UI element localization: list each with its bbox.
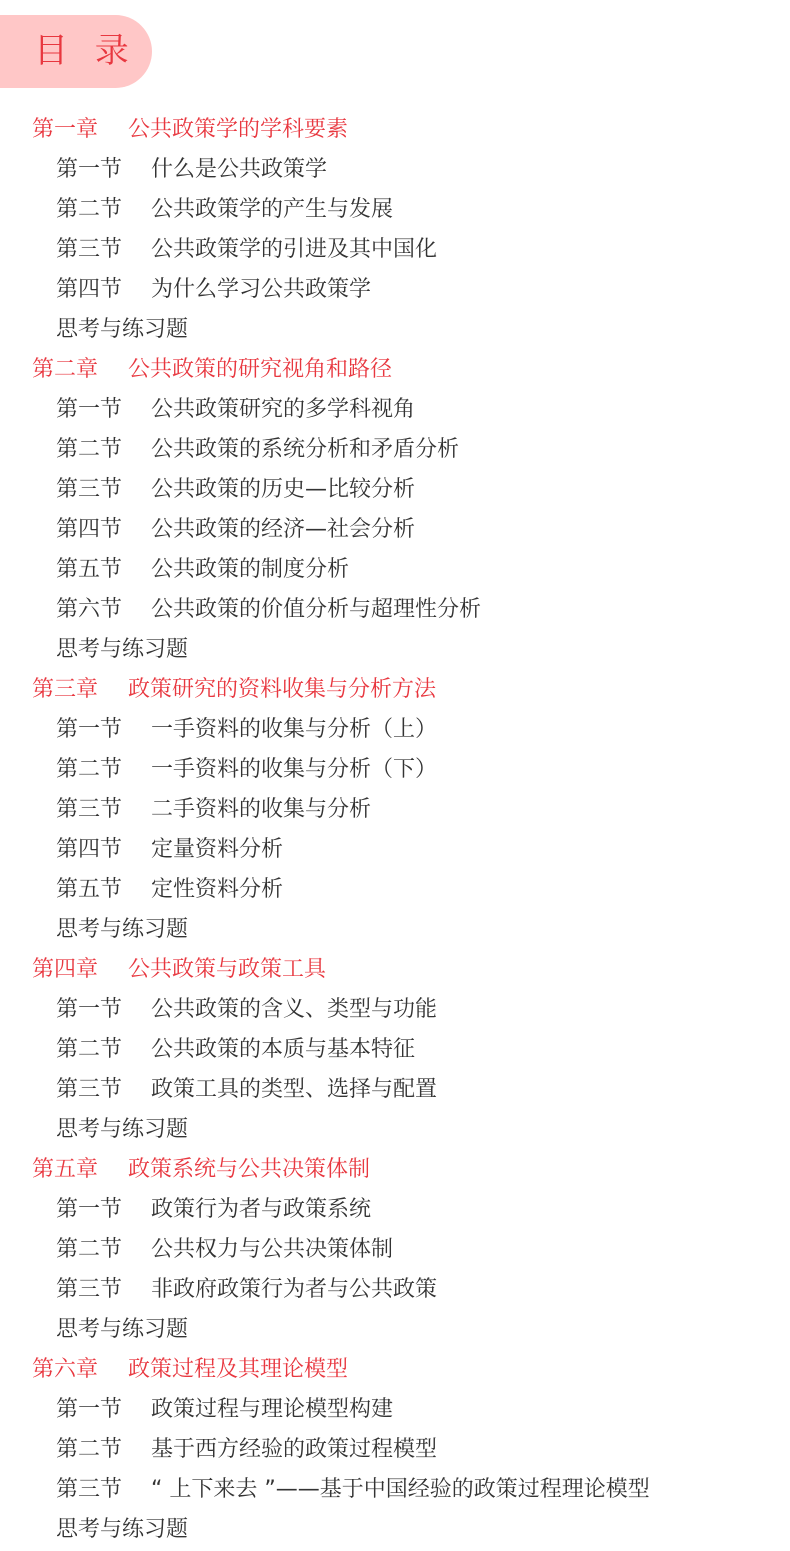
section-number: 第一节 <box>56 390 151 430</box>
toc-exercises[interactable]: 思考与练习题 <box>0 310 790 350</box>
toc-section[interactable]: 第四节定量资料分析 <box>0 830 790 870</box>
chapter-number: 第二章 <box>32 350 128 390</box>
section-number: 第二节 <box>56 430 151 470</box>
toc-section[interactable]: 第三节政策工具的类型、选择与配置 <box>0 1070 790 1110</box>
toc-exercises[interactable]: 思考与练习题 <box>0 1310 790 1350</box>
section-title: 公共政策的历史—比较分析 <box>151 477 415 502</box>
section-number: 第一节 <box>56 990 151 1030</box>
section-title: 定性资料分析 <box>151 877 283 902</box>
chapter-title: 政策研究的资料收集与分析方法 <box>128 677 436 702</box>
chapter-number: 第三章 <box>32 670 128 710</box>
section-title: 公共政策学的产生与发展 <box>151 197 393 222</box>
section-title: 一手资料的收集与分析（上） <box>151 717 437 742</box>
section-number: 第四节 <box>56 830 151 870</box>
section-title: 政策过程与理论模型构建 <box>151 1397 393 1422</box>
section-number: 第六节 <box>56 590 151 630</box>
section-number: 第一节 <box>56 1190 151 1230</box>
section-title: 公共政策的系统分析和矛盾分析 <box>151 437 459 462</box>
toc-section[interactable]: 第四节公共政策的经济—社会分析 <box>0 510 790 550</box>
toc-chapter[interactable]: 第五章政策系统与公共决策体制 <box>0 1150 790 1190</box>
chapter-number: 第六章 <box>32 1350 128 1390</box>
section-number: 第二节 <box>56 1230 151 1270</box>
toc-section[interactable]: 第六节公共政策的价值分析与超理性分析 <box>0 590 790 630</box>
page-title: 目 录 <box>34 15 137 88</box>
chapter-title: 公共政策的研究视角和路径 <box>128 357 392 382</box>
toc-section[interactable]: 第一节公共政策研究的多学科视角 <box>0 390 790 430</box>
toc-section[interactable]: 第一节什么是公共政策学 <box>0 150 790 190</box>
section-title: 思考与练习题 <box>56 1317 188 1342</box>
toc-section[interactable]: 第三节二手资料的收集与分析 <box>0 790 790 830</box>
toc-section[interactable]: 第一节政策行为者与政策系统 <box>0 1190 790 1230</box>
section-title: 思考与练习题 <box>56 1517 188 1542</box>
chapter-title: 政策过程及其理论模型 <box>128 1357 348 1382</box>
section-title: 基于西方经验的政策过程模型 <box>151 1437 437 1462</box>
section-number: 第三节 <box>56 1270 151 1310</box>
chapter-title: 公共政策与政策工具 <box>128 957 326 982</box>
toc-exercises[interactable]: 思考与练习题 <box>0 910 790 950</box>
section-number: 第五节 <box>56 870 151 910</box>
toc-section[interactable]: 第四节为什么学习公共政策学 <box>0 270 790 310</box>
toc-chapter[interactable]: 第四章公共政策与政策工具 <box>0 950 790 990</box>
section-number: 第一节 <box>56 150 151 190</box>
table-of-contents: 第一章公共政策学的学科要素第一节什么是公共政策学第二节公共政策学的产生与发展第三… <box>0 110 790 1550</box>
section-title: “ 上下来去 ”——基于中国经验的政策过程理论模型 <box>151 1477 650 1502</box>
section-number: 第二节 <box>56 190 151 230</box>
section-number: 第三节 <box>56 1070 151 1110</box>
toc-section[interactable]: 第五节定性资料分析 <box>0 870 790 910</box>
section-title: 二手资料的收集与分析 <box>151 797 371 822</box>
section-number: 第三节 <box>56 230 151 270</box>
chapter-number: 第一章 <box>32 110 128 150</box>
toc-exercises[interactable]: 思考与练习题 <box>0 630 790 670</box>
section-number: 第三节 <box>56 1470 151 1510</box>
toc-chapter[interactable]: 第六章政策过程及其理论模型 <box>0 1350 790 1390</box>
toc-chapter[interactable]: 第三章政策研究的资料收集与分析方法 <box>0 670 790 710</box>
toc-section[interactable]: 第三节“ 上下来去 ”——基于中国经验的政策过程理论模型 <box>0 1470 790 1510</box>
section-title: 公共政策的制度分析 <box>151 557 349 582</box>
toc-header: 目 录 <box>0 15 152 88</box>
section-title: 思考与练习题 <box>56 637 188 662</box>
toc-chapter[interactable]: 第二章公共政策的研究视角和路径 <box>0 350 790 390</box>
toc-section[interactable]: 第二节公共政策学的产生与发展 <box>0 190 790 230</box>
toc-exercises[interactable]: 思考与练习题 <box>0 1510 790 1550</box>
section-number: 第四节 <box>56 510 151 550</box>
toc-section[interactable]: 第二节一手资料的收集与分析（下） <box>0 750 790 790</box>
toc-section[interactable]: 第二节公共政策的系统分析和矛盾分析 <box>0 430 790 470</box>
toc-section[interactable]: 第二节公共政策的本质与基本特征 <box>0 1030 790 1070</box>
section-title: 公共政策的含义、类型与功能 <box>151 997 437 1022</box>
section-title: 思考与练习题 <box>56 917 188 942</box>
section-title: 思考与练习题 <box>56 317 188 342</box>
section-number: 第一节 <box>56 1390 151 1430</box>
section-title: 公共政策研究的多学科视角 <box>151 397 415 422</box>
section-title: 公共政策学的引进及其中国化 <box>151 237 437 262</box>
section-title: 公共政策的价值分析与超理性分析 <box>151 597 481 622</box>
section-number: 第二节 <box>56 750 151 790</box>
section-title: 定量资料分析 <box>151 837 283 862</box>
section-number: 第一节 <box>56 710 151 750</box>
chapter-title: 政策系统与公共决策体制 <box>128 1157 370 1182</box>
section-title: 一手资料的收集与分析（下） <box>151 757 437 782</box>
section-number: 第四节 <box>56 270 151 310</box>
section-number: 第三节 <box>56 470 151 510</box>
section-title: 政策行为者与政策系统 <box>151 1197 371 1222</box>
chapter-number: 第四章 <box>32 950 128 990</box>
section-number: 第二节 <box>56 1030 151 1070</box>
toc-chapter[interactable]: 第一章公共政策学的学科要素 <box>0 110 790 150</box>
toc-section[interactable]: 第三节公共政策的历史—比较分析 <box>0 470 790 510</box>
section-number: 第三节 <box>56 790 151 830</box>
toc-section[interactable]: 第二节公共权力与公共决策体制 <box>0 1230 790 1270</box>
section-title: 政策工具的类型、选择与配置 <box>151 1077 437 1102</box>
section-title: 非政府政策行为者与公共政策 <box>151 1277 437 1302</box>
section-title: 为什么学习公共政策学 <box>151 277 371 302</box>
section-number: 第二节 <box>56 1430 151 1470</box>
section-title: 公共权力与公共决策体制 <box>151 1237 393 1262</box>
section-title: 思考与练习题 <box>56 1117 188 1142</box>
toc-section[interactable]: 第一节一手资料的收集与分析（上） <box>0 710 790 750</box>
section-title: 什么是公共政策学 <box>151 157 327 182</box>
toc-section[interactable]: 第三节公共政策学的引进及其中国化 <box>0 230 790 270</box>
toc-section[interactable]: 第三节非政府政策行为者与公共政策 <box>0 1270 790 1310</box>
chapter-title: 公共政策学的学科要素 <box>128 117 348 142</box>
chapter-number: 第五章 <box>32 1150 128 1190</box>
section-title: 公共政策的经济—社会分析 <box>151 517 415 542</box>
section-number: 第五节 <box>56 550 151 590</box>
toc-section[interactable]: 第五节公共政策的制度分析 <box>0 550 790 590</box>
toc-section[interactable]: 第二节基于西方经验的政策过程模型 <box>0 1430 790 1470</box>
toc-exercises[interactable]: 思考与练习题 <box>0 1110 790 1150</box>
toc-section[interactable]: 第一节政策过程与理论模型构建 <box>0 1390 790 1430</box>
toc-section[interactable]: 第一节公共政策的含义、类型与功能 <box>0 990 790 1030</box>
section-title: 公共政策的本质与基本特征 <box>151 1037 415 1062</box>
